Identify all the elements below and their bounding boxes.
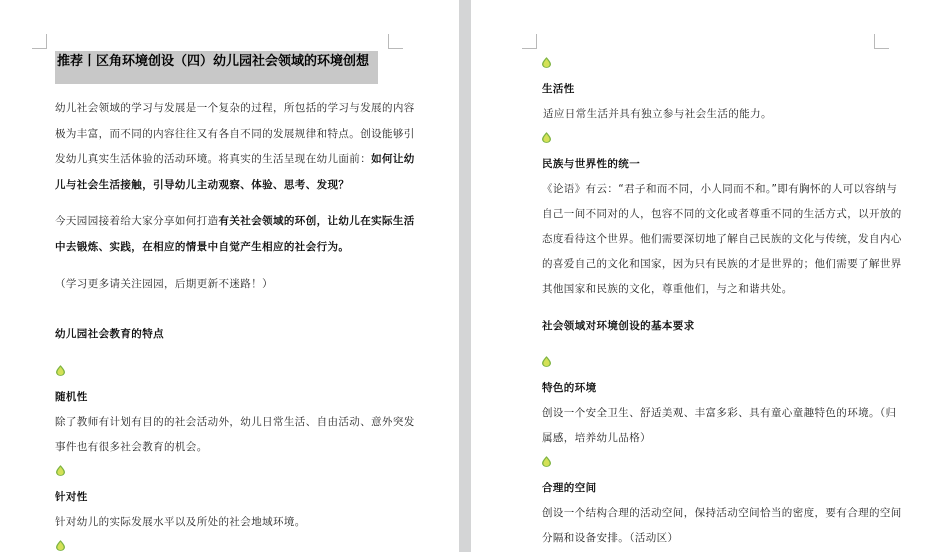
green-drop-icon (542, 356, 551, 367)
section-heading: 社会领域对环境创设的基本要求 (542, 318, 695, 333)
item-line: 属感，培养幼儿品格） (542, 430, 651, 445)
document-page-right: 生活性 适应日常生活并具有独立参与社会生活的能力。 民族与世界性的统一 《论语》… (471, 0, 928, 552)
margin-corner-marker (874, 34, 889, 49)
intro-bold-text: 如何让幼 (371, 153, 415, 165)
document-title: 推荐丨区角环境创设（四）幼儿园社会领域的环境创想 (55, 51, 378, 84)
item-heading: 随机性 (55, 389, 88, 404)
intro2-line: 今天园园接着给大家分享如何打造有关社会领域的环创，让幼儿在实际生活 (55, 213, 415, 228)
intro-line-bold: 儿与社会生活接触，引导幼儿主动观察、体验、思考、发现？ (55, 177, 349, 192)
item-heading: 合理的空间 (542, 480, 597, 495)
item-line: 针对幼儿的实际发展水平以及所处的社会地域环境。 (55, 514, 306, 529)
item-line: 其他国家和民族的文化，尊重他们，与之和谐共处。 (542, 281, 793, 296)
item-heading: 民族与世界性的统一 (542, 156, 640, 171)
item-heading: 生活性 (542, 81, 575, 96)
margin-corner-marker (388, 34, 403, 49)
intro2-line-bold: 中去锻炼、实践，在相应的情景中自觉产生相应的社会行为。 (55, 239, 349, 254)
green-drop-icon (542, 132, 551, 143)
margin-corner-marker (32, 34, 47, 49)
section-heading: 幼儿园社会教育的特点 (55, 326, 164, 341)
green-drop-icon (56, 540, 65, 551)
intro-line: 发幼儿真实生活体验的活动环境。将真实的生活呈现在幼儿面前：如何让幼 (55, 151, 415, 166)
intro-line: 极为丰富，而不同的内容往往又有各自不同的发展规律和特点。创设能够引 (55, 126, 415, 141)
item-line: 适应日常生活并具有独立参与社会生活的能力。 (543, 106, 772, 121)
item-line: 事件也有很多社会教育的机会。 (55, 439, 208, 454)
item-line: 自己一间不同对的人，包容不同的文化或者尊重不同的生活方式，以开放的 (542, 206, 902, 221)
item-line: 《论语》有云：“君子和而不同，小人同而不和。”即有胸怀的人可以容纳与 (542, 181, 897, 196)
item-line: 的喜爱自己的文化和国家，因为只有民族的才是世界的；他们需要了解世界 (542, 256, 902, 271)
intro-line: 幼儿社会领域的学习与发展是一个复杂的过程，所包括的学习与发展的内容 (55, 100, 415, 115)
item-line: 除了教师有计划有目的的社会活动外，幼儿日常生活、自由活动、意外突发 (55, 414, 415, 429)
green-drop-icon (542, 456, 551, 467)
document-page-left: 推荐丨区角环境创设（四）幼儿园社会领域的环境创想 幼儿社会领域的学习与发展是一个… (0, 0, 459, 552)
green-drop-icon (56, 465, 65, 476)
intro2-text: 今天园园接着给大家分享如何打造 (55, 215, 219, 227)
item-line: 创设一个安全卫生、舒适美观、丰富多彩、具有童心童趣特色的环境。（归 (542, 405, 896, 420)
green-drop-icon (542, 57, 551, 68)
intro2-bold-text: 有关社会领域的环创，让幼儿在实际生活 (219, 215, 415, 227)
follow-note: （学习更多请关注园园，后期更新不迷路！） (55, 276, 273, 291)
item-heading: 针对性 (55, 489, 88, 504)
page-gap (459, 0, 471, 552)
green-drop-icon (56, 365, 65, 376)
item-line: 分隔和设备安排。（活动区） (542, 530, 678, 545)
item-heading: 特色的环境 (542, 380, 597, 395)
item-line: 态度看待这个世界。他们需要深切地了解自己民族的文化与传统，发自内心 (542, 231, 902, 246)
item-line: 创设一个结构合理的活动空间，保持活动空间恰当的密度，要有合理的空间 (542, 505, 902, 520)
intro-text: 发幼儿真实生活体验的活动环境。将真实的生活呈现在幼儿面前： (55, 153, 371, 165)
margin-corner-marker (522, 34, 537, 49)
